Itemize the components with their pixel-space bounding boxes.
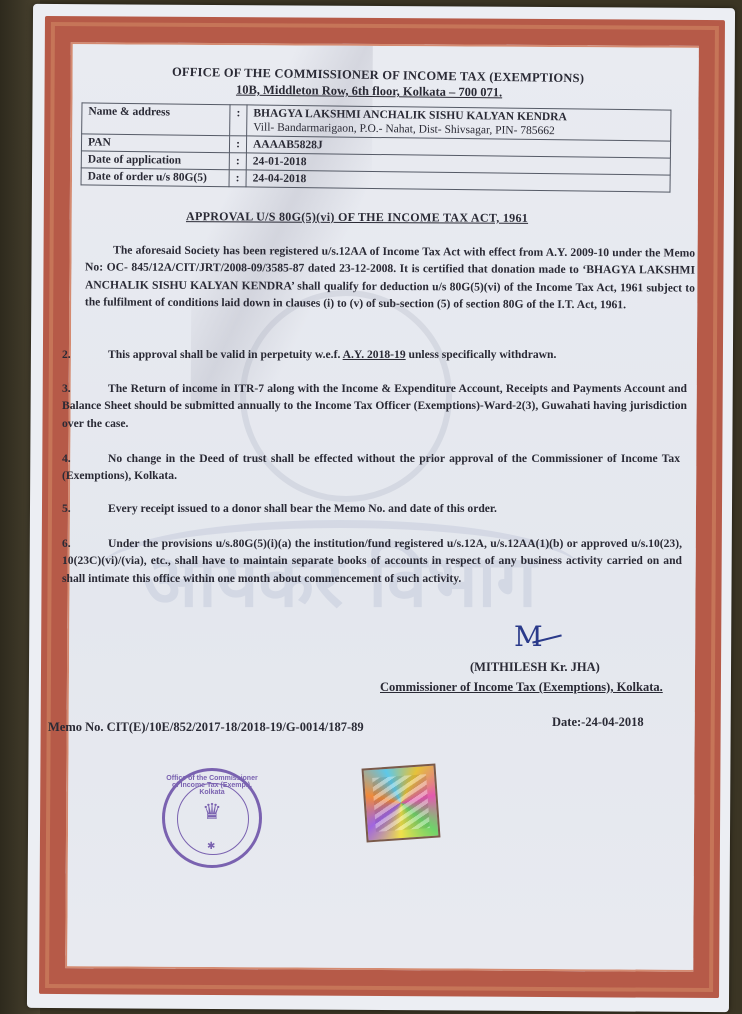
clause-text: The Return of income in ITR-7 along with…	[62, 382, 687, 430]
clause-number: 4.	[62, 450, 108, 467]
paragraph-1: The aforesaid Society has been registere…	[85, 241, 695, 313]
clause-number: 2.	[62, 346, 108, 363]
clause-underlined: A.Y. 2018-19	[343, 348, 406, 361]
details-table: Name & address : BHAGYA LAKSHMI ANCHALIK…	[81, 102, 672, 192]
separator: :	[229, 153, 246, 170]
order-date: Date:-24-04-2018	[552, 715, 644, 730]
separator: :	[229, 170, 246, 187]
office-address: 10B, Middleton Row, 6th floor, Kolkata –…	[236, 83, 502, 101]
memo-number: Memo No. CIT(E)/10E/852/2017-18/2018-19/…	[48, 720, 364, 735]
clause-4: 4.No change in the Deed of trust shall b…	[62, 450, 680, 485]
clause-5: 5.Every receipt issued to a donor shall …	[62, 500, 682, 517]
clause-text: This approval shall be valid in perpetui…	[108, 348, 343, 361]
clause-number: 6.	[62, 535, 108, 552]
clause-text: Under the provisions u/s.80G(5)(i)(a) th…	[62, 537, 682, 585]
clause-text-post: unless specifically withdrawn.	[406, 348, 557, 361]
hologram-sticker	[362, 764, 441, 843]
paragraph-1-text: The aforesaid Society has been registere…	[85, 244, 695, 312]
label: Name & address	[82, 103, 230, 136]
label: Date of application	[81, 151, 229, 170]
official-seal: Office of the Commissioner of Income Tax…	[162, 768, 262, 868]
document-content: OFFICE OF THE COMMISSIONER OF INCOME TAX…	[0, 0, 742, 1014]
ashoka-emblem-icon: ♛	[199, 797, 225, 827]
clause-3: 3.The Return of income in ITR-7 along wi…	[62, 380, 687, 432]
signature: M	[514, 620, 543, 653]
label: Date of order u/s 80G(5)	[81, 168, 229, 187]
clause-6: 6.Under the provisions u/s.80G(5)(i)(a) …	[62, 535, 682, 587]
signatory-name: (MITHILESH Kr. JHA)	[470, 660, 600, 675]
clause-number: 5.	[62, 500, 108, 517]
clause-text: No change in the Deed of trust shall be …	[62, 452, 680, 482]
clause-2: 2.This approval shall be valid in perpet…	[62, 346, 682, 363]
signatory-title: Commissioner of Income Tax (Exemptions),…	[380, 680, 663, 695]
value: BHAGYA LAKSHMI ANCHALIK SISHU KALYAN KEN…	[247, 105, 671, 141]
clause-text: Every receipt issued to a donor shall be…	[108, 502, 497, 515]
seal-text: Office of the Commissioner of Income Tax…	[165, 775, 259, 796]
separator: :	[230, 105, 247, 136]
approval-heading: APPROVAL U/S 80G(5)(vi) OF THE INCOME TA…	[186, 209, 528, 226]
label: PAN	[81, 134, 229, 153]
clause-number: 3.	[62, 380, 108, 397]
star-icon: ✱	[207, 841, 215, 852]
office-title: OFFICE OF THE COMMISSIONER OF INCOME TAX…	[172, 65, 584, 86]
separator: :	[229, 136, 246, 153]
